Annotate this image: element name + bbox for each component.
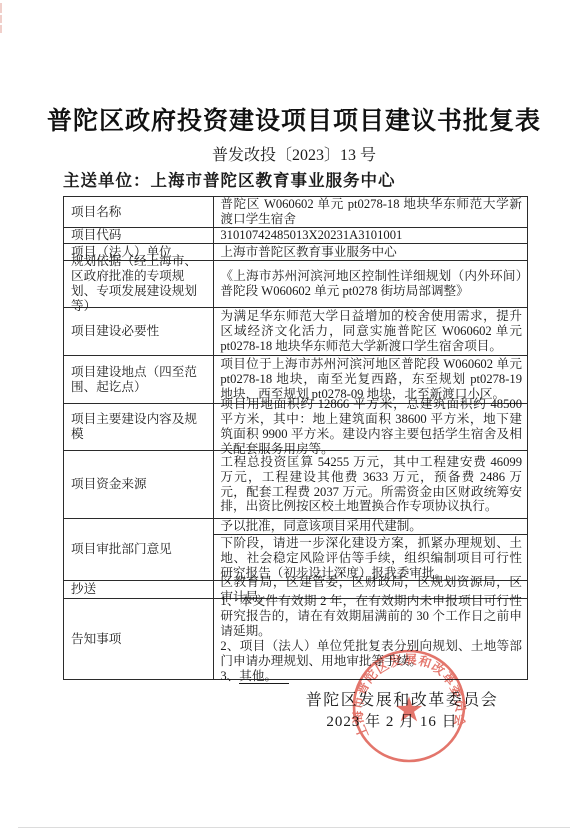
page-title: 普陀区政府投资建设项目项目建议书批复表 [0,101,588,137]
recipient-line: 主送单位：上海市普陀区教育事业服务中心 [63,167,528,191]
row-label: 项目资金来源 [64,451,214,518]
notice-item-3-prefix: 3、 [220,669,239,683]
scan-artifact [0,25,2,33]
document-page: 普陀区政府投资建设项目项目建议书批复表 普发改投〔2023〕13 号 主送单位：… [0,0,588,829]
row-content: 项目用地面积约 12866 平方米，总建筑面积约 48500 平方米，其中：地上… [214,404,527,450]
notices-content: 1、本文件有效期 2 年，在有效期内未申报项目可行性研究报告的，请在有效期届满前… [214,599,527,679]
table-row-project-name: 项目名称 普陀区 W060602 单元 pt0278-18 地块华东师范大学新渡… [64,197,527,228]
row-content: 工程总投资匡算 54255 万元，其中工程建安费 46099 万元，工程建设其他… [214,451,527,518]
opinion-content: 予以批准，同意该项目采用代建制。 下阶段，请进一步深化建设方案，抓紧办理规划、土… [214,519,527,580]
table-row-funding: 项目资金来源 工程总投资匡算 54255 万元，其中工程建安费 46099 万元… [64,451,527,519]
table-row-necessity: 项目建设必要性 为满足华东师范大学日益增加的校舍使用需求，提升区域经济文化活力，… [64,308,527,356]
opinion-part-1: 予以批准，同意该项目采用代建制。 [214,519,527,535]
table-row-planning-basis: 规划依据（经上海市、区政府批准的专项规划、专项发展建设规划等） 《上海市苏州河滨… [64,261,527,308]
row-content: 《上海市苏州河滨河地区控制性详细规划（内外环间）普陀段 W060602 单元 p… [214,261,527,307]
issuer-signature: 普陀区发展和改革委员会 [302,687,502,710]
recipient-label: 主送单位： [63,171,151,190]
row-label: 项目建设必要性 [64,308,214,355]
row-label: 项目建设地点（四至范围、起讫点） [64,356,214,403]
scan-artifact-bottom [18,827,570,828]
row-label: 规划依据（经上海市、区政府批准的专项规划、专项发展建设规划等） [64,261,214,307]
row-content: 项目位于上海市苏州河滨河地区普陀段 W060602 单元 pt0278-18 地… [214,356,527,403]
approval-table: 项目名称 普陀区 W060602 单元 pt0278-18 地块华东师范大学新渡… [63,196,528,680]
row-label: 项目审批部门意见 [64,519,214,580]
row-content: 31010742485013X20231A3101001 [214,228,527,243]
document-number: 普发改投〔2023〕13 号 [0,142,588,165]
recipient-value: 上海市普陀区教育事业服务中心 [151,171,396,190]
scan-artifact [0,3,2,13]
notice-item-3-underlined: 其他。 [239,669,289,684]
row-content: 普陀区 W060602 单元 pt0278-18 地块华东师范大学新渡口学生宿舍 [214,197,527,227]
row-label: 告知事项 [64,599,214,679]
row-label: 项目代码 [64,228,214,243]
row-label: 抄送 [64,581,214,598]
notice-item-2: 2、项目（法人）单位凭批复表分别向规划、土地等部门申请办理规划、用地审批等手续。 [220,639,522,669]
table-row-project-code: 项目代码 31010742485013X20231A3101001 [64,228,527,244]
row-content: 为满足华东师范大学日益增加的校舍使用需求，提升区域经济文化活力，同意实施普陀区 … [214,308,527,355]
table-row-notices: 告知事项 1、本文件有效期 2 年，在有效期内未申报项目可行性研究报告的，请在有… [64,599,527,679]
table-row-approval-opinion: 项目审批部门意见 予以批准，同意该项目采用代建制。 下阶段，请进一步深化建设方案… [64,519,527,581]
row-content: 上海市普陀区教育事业服务中心 [214,244,527,260]
notice-item-3: 3、其他。 [220,669,522,684]
scan-artifact [0,15,2,23]
notice-item-1: 1、本文件有效期 2 年，在有效期内未申报项目可行性研究报告的，请在有效期届满前… [220,594,522,639]
row-label: 项目主要建设内容及规模 [64,404,214,450]
issue-date: 2023 年 2 月 16 日 [292,710,492,731]
row-label: 项目名称 [64,197,214,227]
table-row-scale: 项目主要建设内容及规模 项目用地面积约 12866 平方米，总建筑面积约 485… [64,404,527,451]
